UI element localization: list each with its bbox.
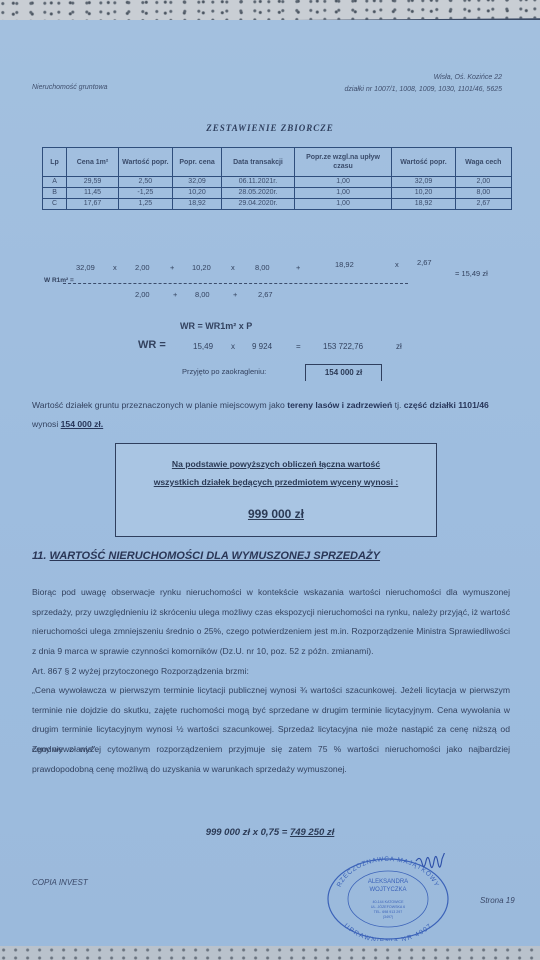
cell: 10,20 [172, 188, 221, 199]
col-transaction-date: Data transakcji [222, 148, 294, 177]
term: 2,67 [258, 290, 273, 299]
fraction-line [63, 283, 408, 284]
cell: 2,67 [455, 199, 511, 210]
operator: + [170, 263, 174, 272]
operator: + [296, 263, 300, 272]
col-weight: Waga cech [455, 148, 511, 177]
term: 8,00 [195, 290, 210, 299]
summary-title: ZESTAWIENIE ZBIORCZE [0, 123, 540, 133]
header-parcels-line: działki nr 1007/1, 1008, 1009, 1030, 110… [345, 84, 503, 96]
stamp-addr: 40-144 KATOWICE [372, 900, 404, 904]
term: 8,00 [255, 263, 270, 272]
stamp-name1: ALEKSANDRA [368, 879, 408, 885]
section-heading: 11. WARTOŚĆ NIERUCHOMOŚCI DLA WYMUSZONEJ… [32, 550, 380, 562]
company-name: COPIA INVEST [32, 878, 88, 887]
total-value-box: Na podstawie powyższych obliczeń łączna … [115, 443, 437, 537]
operator: + [173, 290, 177, 299]
stamp-ring-bottom: UPRAWNIENIA NR 4007 [342, 922, 433, 941]
col-lp: Lp [43, 148, 67, 177]
col-adjustment: Wartość popr. [118, 148, 172, 177]
operator: x [395, 260, 399, 269]
cell: 18,92 [392, 199, 455, 210]
header-address: Wisła, Oś. Kozińce 22 działki nr 1007/1,… [345, 72, 503, 96]
cell: 1,00 [294, 177, 392, 188]
section-title: WARTOŚĆ NIERUCHOMOŚCI DLA WYMUSZONEJ SPR… [50, 550, 380, 562]
body-paragraph-1: Biorąc pod uwagę obserwacje rynku nieruc… [32, 583, 510, 661]
cell: 8,00 [455, 188, 511, 199]
cell: B [43, 188, 67, 199]
col-adjusted-price: Popr. cena [172, 148, 221, 177]
term: 18,92 [335, 260, 354, 269]
cell: C [43, 199, 67, 210]
page-number: Strona 19 [480, 896, 515, 905]
stamp-name2: WOJTYCZKA [370, 887, 407, 893]
header-address-line1: Wisła, Oś. Kozińce 22 [345, 72, 503, 84]
value-label: WR = [138, 339, 166, 351]
body-paragraph-2: Art. 867 § 2 wyżej przytoczonego Rozporz… [32, 662, 510, 681]
header-property-type: Nieruchomość gruntowa [32, 84, 107, 91]
svg-text:UPRAWNIENIA NR 4007: UPRAWNIENIA NR 4007 [342, 922, 433, 941]
table-header-row: Lp Cena 1m² Wartość popr. Popr. cena Dat… [43, 148, 512, 177]
forest-land-value: 154 000 zł. [61, 419, 104, 429]
term: 2,67 [417, 258, 432, 267]
total-value-caption: Na podstawie powyższych obliczeń łączna … [116, 455, 436, 491]
text: wynosi [32, 419, 61, 429]
cell: 2,50 [118, 177, 172, 188]
cell: -1,25 [118, 188, 172, 199]
caption-line: wszystkich działek będących przedmiotem … [116, 473, 436, 491]
stamp-addr: TEL. 698 913 297 [374, 910, 403, 914]
unit: zł [396, 342, 402, 351]
forced-sale-value: 749 250 zł [290, 827, 334, 838]
operator: x [113, 263, 117, 272]
term: 9 924 [252, 342, 272, 351]
cell: 29,59 [67, 177, 119, 188]
operator: + [233, 290, 237, 299]
operator: = [296, 342, 301, 351]
text-bold: część działki 1101/46 [404, 400, 489, 410]
body-paragraph-4: Zgodnie z wyżej cytowanym rozporządzenie… [32, 739, 510, 779]
cell: 28.05.2020r. [222, 188, 294, 199]
cell: 1,00 [294, 199, 392, 210]
cell: 18,92 [172, 199, 221, 210]
rounded-label: Przyjęto po zaokragleniu: [182, 367, 266, 376]
cell: 1,25 [118, 199, 172, 210]
cell: 32,09 [392, 177, 455, 188]
cell: 11,45 [67, 188, 119, 199]
total-value: 999 000 zł [116, 507, 436, 521]
text: tj. [392, 400, 403, 410]
cell: 17,67 [67, 199, 119, 210]
cell: 1,00 [294, 188, 392, 199]
calc-expression: 999 000 zł x 0,75 = [206, 827, 290, 838]
table-row: C 17,67 1,25 18,92 29.04.2020r. 1,00 18,… [43, 199, 512, 210]
term: 32,09 [76, 263, 95, 272]
caption-line: Na podstawie powyższych obliczeń łączna … [116, 455, 436, 473]
forced-sale-calculation: 999 000 zł x 0,75 = 749 250 zł [0, 827, 540, 838]
term: 2,00 [135, 263, 150, 272]
stamp-addr: (3497) [383, 915, 393, 919]
summary-table: Lp Cena 1m² Wartość popr. Popr. cena Dat… [42, 147, 512, 210]
text: Wartość działek gruntu przeznaczonych w … [32, 400, 287, 410]
col-price-m2: Cena 1m² [67, 148, 119, 177]
unit-price-result: = 15,49 zł [455, 269, 488, 278]
term: 2,00 [135, 290, 150, 299]
cell: A [43, 177, 67, 188]
value-result: 153 722,76 [323, 342, 363, 351]
term: 15,49 [193, 342, 213, 351]
operator: x [231, 263, 235, 272]
section-number: 11. [32, 550, 46, 562]
table-row: B 11,45 -1,25 10,20 28.05.2020r. 1,00 10… [43, 188, 512, 199]
cell: 10,20 [392, 188, 455, 199]
value-definition: WR = WR1m² x P [180, 321, 252, 331]
cell: 32,09 [172, 177, 221, 188]
background-surface-bottom [0, 946, 540, 960]
operator: x [231, 342, 235, 351]
rounded-value: 154 000 zł [305, 364, 382, 381]
term: 10,20 [192, 263, 211, 272]
stamp-addr: UL. JÓZEFOWSKA 6 [371, 904, 405, 909]
appraiser-stamp-icon: RZECZOZNAWCA MAJĄTKOWY UPRAWNIENIA NR 40… [324, 853, 452, 941]
cell: 06.11.2021r. [222, 177, 294, 188]
text-bold: tereny lasów i zadrzewień [287, 400, 392, 410]
table-row: A 29,59 2,50 32,09 06.11.2021r. 1,00 32,… [43, 177, 512, 188]
forest-land-paragraph: Wartość działek gruntu przeznaczonych w … [32, 396, 510, 434]
cell: 2,00 [455, 177, 511, 188]
cell: 29.04.2020r. [222, 199, 294, 210]
col-adjusted-value: Wartość popr. [392, 148, 455, 177]
col-time-adjustment: Popr.ze wzgl.na upływ czasu [294, 148, 392, 177]
